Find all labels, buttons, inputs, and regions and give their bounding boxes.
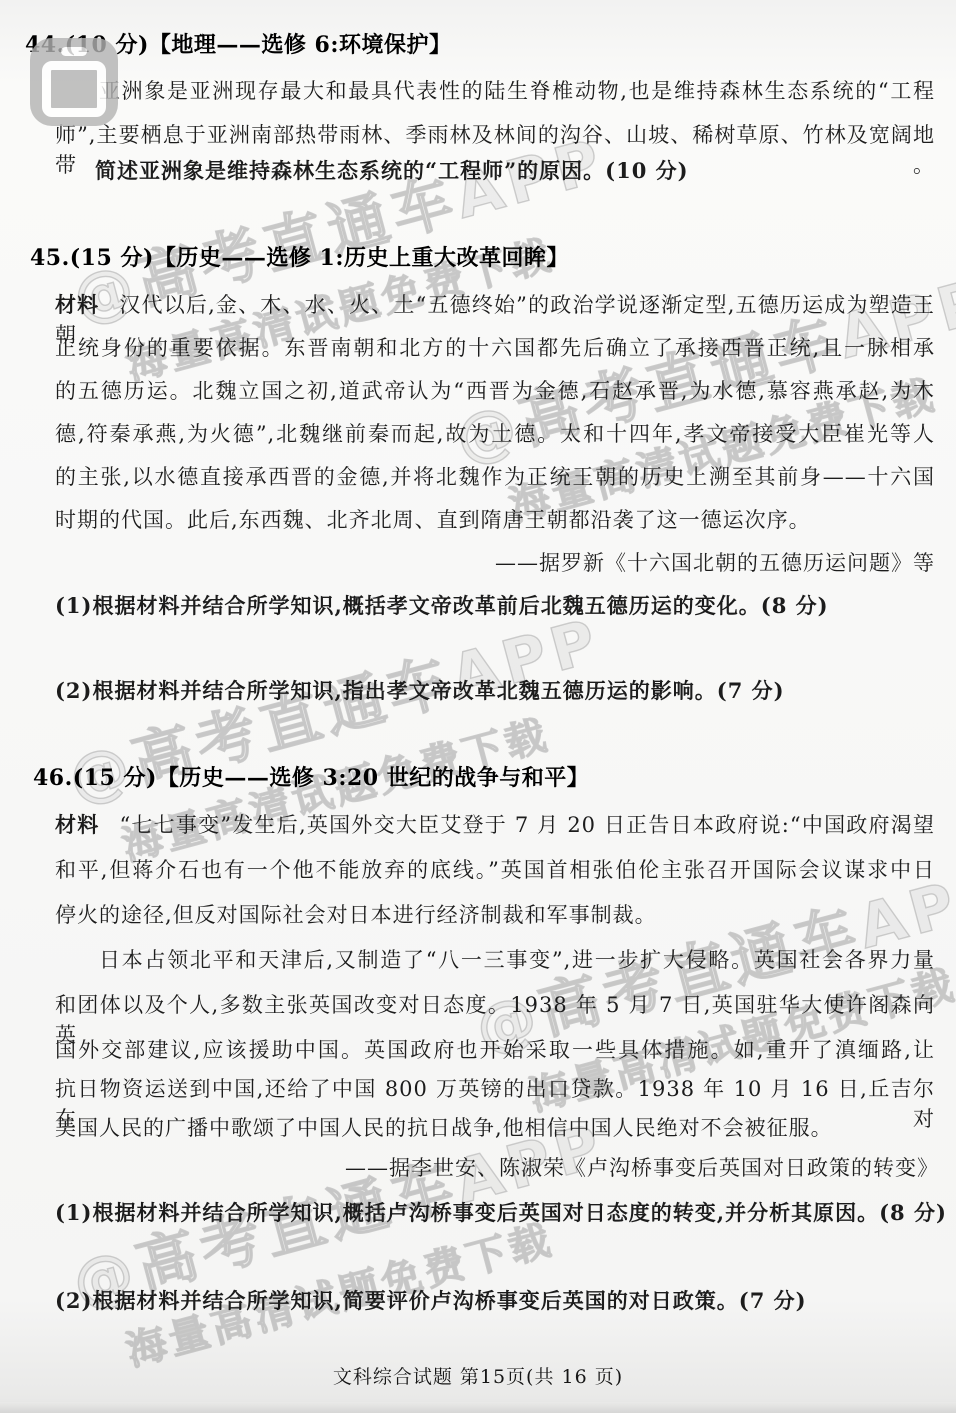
q45-material-line: 的主张,以水德直接承西晋的金德,并将北魏作为正统王朝的历史上溯至其前身——十六国 bbox=[55, 462, 935, 492]
q46-material-line: 和平,但蒋介石也有一个他不能放弃的底线。”英国首相张伯伦主张召开国际会议谋求中日 bbox=[55, 855, 935, 885]
question-45-header: 45.(15 分)【历史——选修 1:历史上重大改革回眸】 bbox=[30, 243, 569, 273]
q45-material-line: 的五德历运。北魏立国之初,道武帝认为“西晋为金德,石赵承晋,为水德,慕容燕承赵,… bbox=[55, 376, 935, 406]
q45-material-line: 正统身份的重要依据。东晋南朝和北方的十六国都先后确立了承接西晋正统,且一脉相承 bbox=[55, 333, 935, 363]
q46-material-line: 美国人民的广播中歌颂了中国人民的抗日战争,他相信中国人民绝对不会被征服。 bbox=[55, 1113, 833, 1143]
gaokao-zhitongche-app-icon bbox=[30, 38, 118, 126]
q45-material-line: 时期的代国。此后,东西魏、北齐北周、直到隋唐王朝都沿袭了这一德运次序。 bbox=[55, 505, 811, 535]
q44-task-line: 简述亚洲象是维持森林生态系统的“工程师”的原因。(10 分) bbox=[95, 156, 689, 186]
scan-bottom-edge bbox=[0, 1402, 956, 1413]
exam-page-scan: @高考直通车APP 海量高清试题免费下载 @高考直通车APP 海量高清试题免费下… bbox=[0, 0, 956, 1413]
q46-material-line: 材料“七七事变”发生后,英国外交大臣艾登于 7 月 20 日正告日本政府说:“中… bbox=[55, 810, 935, 840]
q46-material-line: 停火的途径,但反对国际社会对日本进行经济制裁和军事制裁。 bbox=[55, 900, 657, 930]
q46-subquestion-2: (2)根据材料并结合所学知识,简要评价卢沟桥事变后英国的对日政策。(7 分) bbox=[55, 1286, 807, 1316]
q45-subquestion-1: (1)根据材料并结合所学知识,概括孝文帝改革前后北魏五德历运的变化。(8 分) bbox=[55, 591, 829, 621]
q45-material-line: 德,符秦承燕,为火德”,北魏继前秦而起,故为土德。太和十四年,孝文帝接受大臣崔光… bbox=[55, 419, 935, 449]
q45-subquestion-2: (2)根据材料并结合所学知识,指出孝文帝改革北魏五德历运的影响。(7 分) bbox=[55, 676, 785, 706]
material-label: 材料 bbox=[55, 292, 99, 317]
question-46-header: 46.(15 分)【历史——选修 3:20 世纪的战争与和平】 bbox=[33, 763, 589, 793]
q46-material-line: 日本占领北平和天津后,又制造了“八一三事变”,进一步扩大侵略。英国社会各界力量 bbox=[99, 945, 935, 975]
page-footer: 文科综合试题 第15页(共 16 页) bbox=[0, 1362, 956, 1392]
q46-source-line: ——据李世安、陈淑荣《卢沟桥事变后英国对日政策的转变》 bbox=[55, 1153, 939, 1183]
app-icon-lid-shape bbox=[61, 47, 87, 56]
q44-material-line: 亚洲象是亚洲现存最大和最具代表性的陆生脊椎动物,也是维持森林生态系统的“工程 bbox=[99, 76, 935, 106]
app-icon-can-shape bbox=[42, 61, 106, 117]
material-label: 材料 bbox=[55, 812, 99, 837]
q45-source-line: ——据罗新《十六国北朝的五德历运问题》等 bbox=[55, 548, 935, 578]
q46-material-text: “七七事变”发生后,英国外交大臣艾登于 7 月 20 日正告日本政府说:“中国政… bbox=[119, 813, 935, 837]
q46-subquestion-1: (1)根据材料并结合所学知识,概括卢沟桥事变后英国对日态度的转变,并分析其原因。… bbox=[55, 1198, 947, 1228]
q46-material-line: 国外交部建议,应该援助中国。英国政府也开始采取一些具体措施。如,重开了滇缅路,让 bbox=[55, 1035, 935, 1065]
